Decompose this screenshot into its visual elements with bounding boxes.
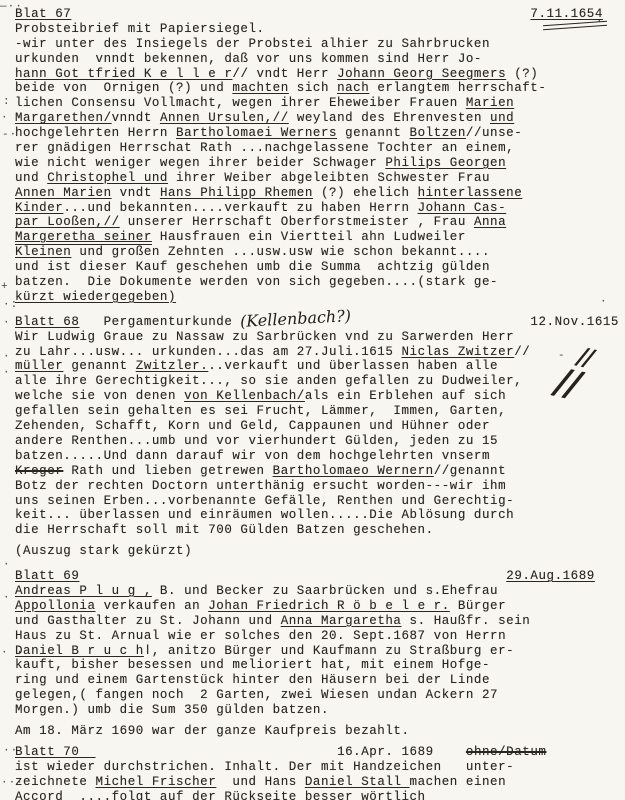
text-segment: batzen. Die Dokumente werden von sich ge…	[15, 275, 498, 290]
text-line: gefallen sein gehalten es sei Frucht, Lä…	[15, 404, 619, 419]
text-segment: 16.Apr. 1689	[337, 745, 434, 760]
text-line: die Herrschaft soll mit 700 Gülden Batze…	[15, 523, 619, 538]
text-segment: Kinder	[15, 201, 63, 216]
text-segment	[434, 745, 466, 760]
text-line: andere Renthen...umb und vor vierhundert…	[15, 434, 619, 449]
text-segment: machen einen	[410, 775, 507, 790]
text-segment: lichen Consensu Vollmacht, wegen ihrer E…	[15, 96, 466, 111]
text-segment: Philips Georgen	[385, 156, 506, 171]
text-segment: zeichnete	[15, 775, 96, 790]
margin-mark: ·	[600, 296, 608, 308]
text-segment: hinterlassene	[418, 186, 523, 201]
text-segment: Bartholomaei Werners	[176, 126, 337, 141]
text-line: Am 18. März 1690 war der ganze Kaufpreis…	[15, 724, 619, 739]
text-line: Andreas P l u g , B. und Becker zu Saarb…	[15, 584, 619, 599]
text-line: zeichnete Michel Frischer und Hans Danie…	[15, 775, 619, 790]
text-segment: uns seinen Erben...vorbenannte Gefälle, …	[15, 494, 514, 509]
text-segment: Boltzen	[410, 126, 466, 141]
text-segment: Hans Philipp Rhemen	[160, 186, 313, 201]
text-segment: Anna	[474, 215, 506, 230]
text-segment: ist wieder durchstrichen. Inhalt. Der mi…	[15, 760, 514, 775]
text-segment: vnndt	[112, 111, 160, 126]
text-line: wie nicht weniger wegen ihrer beider Sch…	[15, 156, 619, 171]
text-segment: genannt	[337, 126, 409, 141]
text-segment: Bürger	[450, 599, 506, 614]
margin-mark: ·	[596, 16, 604, 28]
text-segment: ring und einem Gartenstück hinter den Hä…	[15, 673, 490, 688]
text-segment: ihrer Weiber abgeleibten Schwester Frau	[168, 171, 490, 186]
text-line: -wir unter des Insiegels der Probstei al…	[15, 37, 619, 52]
margin-mark: ·	[3, 367, 11, 379]
text-segment: Blat 67	[15, 7, 71, 22]
text-segment: ohne/Datum	[466, 745, 547, 760]
text-line: hochgelehrten Herrn Bartholomaei Werners…	[15, 126, 619, 141]
text-segment: hann Got tfried K e l l e r	[15, 67, 232, 82]
text-segment: urkunden vnndt bekennen, daß vor uns kom…	[15, 52, 482, 67]
text-segment: vndt	[112, 186, 160, 201]
text-segment: Blatt 69	[15, 569, 79, 584]
text-segment: Anna Margaretha	[281, 614, 402, 629]
text-segment: Zehenden, Schafft, Korn und Geld, Cappau…	[15, 419, 490, 434]
text-segment: B. und Becker zu Saarbrücken und s.Ehefr…	[152, 584, 498, 599]
text-line: ring und einem Gartenstück hinter den Hä…	[15, 673, 619, 688]
text-segment: wie nicht weniger wegen ihrer beider Sch…	[15, 156, 385, 171]
text-segment: erlangtem herrschaft-	[369, 81, 546, 96]
margin-mark: ··	[3, 745, 18, 757]
text-segment: Bartholomaeo Wernern	[273, 464, 434, 479]
text-line: Margeretha seiner Hausfrauen ein Viertte…	[15, 230, 619, 245]
text-segment: //genannt	[434, 464, 506, 479]
spacer	[79, 569, 506, 584]
text-segment	[595, 569, 619, 584]
text-line: Kreger Rath und lieben getrewen Bartholo…	[15, 464, 619, 479]
text-segment: Morgen.) umb die Sum 350 gülden batzen.	[15, 703, 329, 718]
margin-mark: · ·	[1, 647, 24, 659]
text-segment: Andreas P l u g ,	[15, 584, 152, 599]
text-line: urkunden vnndt bekennen, daß vor uns kom…	[15, 52, 619, 67]
text-line: rer gnädigen Herrschat Rath ...nachgelas…	[15, 141, 619, 156]
text-segment: gefallen sein gehalten es sei Frucht, Lä…	[15, 404, 506, 419]
text-line: beide von Ornigen (?) und machten sich n…	[15, 81, 619, 96]
text-segment: Johann Georg Seegmers	[337, 67, 506, 82]
margin-mark: ·	[3, 592, 11, 604]
text-line: Kinder...und bekannten....verkauft zu ha…	[15, 201, 619, 216]
text-line: Blatt 70 16.Apr. 1689 ohne/Datum	[15, 745, 619, 760]
text-segment: und	[490, 111, 514, 126]
text-segment: weyland des Ehrenvesten	[289, 111, 490, 126]
text-segment: zu Lahr...usw... urkunden...das am 27.Ju…	[15, 345, 401, 360]
text-segment	[603, 7, 619, 22]
text-line: Wir Ludwig Graue zu Nassaw zu Sarbrücken…	[15, 330, 619, 345]
text-segment: und	[15, 171, 47, 186]
text-segment: und Gasthalter zu St. Johann und	[15, 614, 281, 629]
text-segment: Margeretha seiner	[15, 230, 152, 245]
text-segment: Kleinen	[15, 245, 71, 260]
margin-mark: :	[3, 96, 11, 108]
text-segment: Daniel Stall	[305, 775, 410, 790]
text-line: zu Lahr...usw... urkunden...das am 27.Ju…	[15, 345, 619, 360]
text-segment: Wir Ludwig Graue zu Nassaw zu Sarbrücken…	[15, 330, 514, 345]
text-segment: Rath und lieben getrewen	[63, 464, 272, 479]
text-line: (Auszug stark gekürzt)	[15, 544, 619, 559]
text-segment: Christophel und	[47, 171, 168, 186]
text-line: Blatt 6929.Aug.1689	[15, 569, 619, 584]
text-segment: -wir unter des Insiegels der Probstei al…	[15, 37, 490, 52]
text-segment: alle ihre Gerechtigkeit..., so sie anden…	[15, 374, 522, 389]
text-segment: welche sie von denen	[15, 389, 184, 404]
margin-mark: —··	[0, 1, 23, 13]
text-line: müller genannt Zwitzler...verkauft und ü…	[15, 359, 619, 374]
text-segment: müller	[15, 359, 63, 374]
text-line: Botz der rechten Doctorn unterthänig ers…	[15, 479, 619, 494]
text-segment: Probsteibrief mit Papiersiegel.	[15, 22, 265, 37]
text-line: und Christophel und ihrer Weiber abgelei…	[15, 171, 619, 186]
spacer	[71, 7, 530, 22]
text-segment: Hausfrauen ein Viertteil ahn Ludweiler	[152, 230, 466, 245]
text-segment: verkaufen an	[96, 599, 209, 614]
text-segment: und Hans	[216, 775, 305, 790]
text-line: Accord ....folgt auf der Rückseite besse…	[15, 790, 619, 800]
text-segment: kauft, bisher besessen und melioriert ha…	[15, 658, 490, 673]
text-segment: par Looßen,//	[15, 215, 120, 230]
text-segment: hochgelehrten Herrn	[15, 126, 176, 141]
text-segment: gelegen,( fangen noch 2 Garten, zwei Wie…	[15, 688, 498, 703]
text-segment: Johann Cas-	[418, 201, 507, 216]
text-line: Morgen.) umb die Sum 350 gülden batzen.	[15, 703, 619, 718]
text-segment: // vndt Herr	[232, 67, 337, 82]
text-segment: machten	[232, 81, 288, 96]
text-line: Blatt 68 Pergamenturkunde (Kellenbach?)1…	[15, 315, 619, 330]
text-segment: Kreger	[15, 464, 63, 479]
text-line: par Looßen,// unserer Herrschaft Oberfor…	[15, 215, 619, 230]
text-segment: Blatt 70	[15, 745, 96, 760]
text-line: Kleinen und großen Zehnten ...usw.usw wi…	[15, 245, 619, 260]
text-segment: von Kellenbach/	[184, 389, 305, 404]
document-body: Blat 677.11.1654 Probsteibrief mit Papie…	[15, 7, 619, 800]
text-line: Annen Marien vndt Hans Philipp Rhemen (?…	[15, 186, 619, 201]
text-segment: //unse-	[466, 126, 522, 141]
text-segment: batzen.....Und dann darauf wir von dem h…	[15, 449, 490, 464]
margin-mark: ·:	[3, 299, 18, 311]
margin-mark: · ·	[1, 112, 24, 124]
text-segment: Daniel B r u c h	[15, 644, 144, 659]
text-segment: Marien	[466, 96, 514, 111]
text-segment	[96, 745, 338, 760]
text-segment: ..verkauft und überlassen haben alle	[208, 359, 498, 374]
text-segment: unserer Herrschaft Oberforstmeister , Fr…	[120, 215, 474, 230]
text-segment: Pergamenturkunde	[79, 315, 240, 330]
text-segment: //	[514, 345, 530, 360]
margin-mark: ·	[3, 351, 11, 363]
spacer	[352, 315, 531, 330]
text-segment: Botz der rechten Doctorn unterthänig ers…	[15, 479, 506, 494]
text-segment: Annen Marien	[15, 186, 112, 201]
text-line: gelegen,( fangen noch 2 Garten, zwei Wie…	[15, 688, 619, 703]
text-segment: Zwitzler.	[136, 359, 208, 374]
text-segment: Am 18. März 1690 war der ganze Kaufpreis…	[15, 724, 410, 739]
text-segment: sich	[289, 81, 337, 96]
margin-mark: ·	[3, 559, 11, 571]
text-segment: kürzt wiedergegeben)	[15, 290, 176, 305]
text-segment: Annen Ursulen,//	[160, 111, 289, 126]
text-segment: Haus zu St. Arnual wie er solches den 20…	[15, 629, 506, 644]
text-line: Daniel B r u c hǀ, anitzo Bürger und Kau…	[15, 644, 619, 659]
text-segment: Johan Friedrich R ö b e l e r.	[208, 599, 450, 614]
text-segment: rer gnädigen Herrschat Rath ...nachgelas…	[15, 141, 514, 156]
text-segment: ǀ, anitzo Bürger und Kaufmann zu Straßbu…	[144, 644, 514, 659]
text-line: kürzt wiedergegeben)	[15, 290, 619, 305]
text-line: uns seinen Erben...vorbenannte Gefälle, …	[15, 494, 619, 509]
text-segment: als ein Erblehen auf sich	[305, 389, 506, 404]
text-segment: Appollonia	[15, 599, 96, 614]
text-line: alle ihre Gerechtigkeit..., so sie anden…	[15, 374, 619, 389]
text-line: keit... überlassen und einräumen wollen.…	[15, 508, 619, 523]
text-segment: und großen Zehnten ...usw.usw wie schon …	[71, 245, 490, 260]
text-line: lichen Consensu Vollmacht, wegen ihrer E…	[15, 96, 619, 111]
text-segment: (?) ehelich	[313, 186, 418, 201]
text-segment: Blatt 68	[15, 315, 79, 330]
text-line: welche sie von denen von Kellenbach/als …	[15, 389, 619, 404]
margin-mark: -·	[2, 129, 17, 141]
margin-mark: ·	[3, 317, 11, 329]
text-line: und Gasthalter zu St. Johann und Anna Ma…	[15, 614, 619, 629]
text-line: ist wieder durchstrichen. Inhalt. Der mi…	[15, 760, 619, 775]
text-line: Margarethen/vnndt Annen Ursulen,// weyla…	[15, 111, 619, 126]
text-line: batzen. Die Dokumente werden von sich ge…	[15, 275, 619, 290]
text-segment: beide von Ornigen (?) und	[15, 81, 232, 96]
text-line: kauft, bisher besessen und melioriert ha…	[15, 658, 619, 673]
text-segment: 12.Nov.1615	[530, 315, 619, 330]
text-line: Zehenden, Schafft, Korn und Geld, Cappau…	[15, 419, 619, 434]
text-line: Haus zu St. Arnual wie er solches den 20…	[15, 629, 619, 644]
text-line: Blat 677.11.1654	[15, 7, 619, 22]
text-segment: Michel Frischer	[96, 775, 217, 790]
text-line: Appollonia verkaufen an Johan Friedrich …	[15, 599, 619, 614]
margin-mark: +	[1, 281, 9, 293]
text-segment: und ist dieser Kauf geschehen umb die Su…	[15, 260, 490, 275]
text-segment: s. Haußfr. sein	[401, 614, 530, 629]
text-line: und ist dieser Kauf geschehen umb die Su…	[15, 260, 619, 275]
text-segment: Niclas Zwitzer	[401, 345, 514, 360]
document-page: Blat 677.11.1654 Probsteibrief mit Papie…	[0, 0, 625, 800]
text-segment: die Herrschaft soll mit 700 Gülden Batze…	[15, 523, 434, 538]
text-segment: ...und bekannten....verkauft zu haben He…	[63, 201, 417, 216]
text-segment: andere Renthen...umb und vor vierhundert…	[15, 434, 498, 449]
handwritten-annotation: (Kellenbach?)	[240, 309, 352, 330]
text-segment: 29.Aug.1689	[506, 569, 595, 584]
text-segment: 7.11.1654	[530, 7, 602, 22]
text-line: Probsteibrief mit Papiersiegel.	[15, 22, 619, 37]
text-segment: (Auszug stark gekürzt)	[15, 544, 192, 559]
text-segment: keit... überlassen und einräumen wollen.…	[15, 508, 514, 523]
text-segment: Margarethen/	[15, 111, 112, 126]
text-segment: Accord ....folgt auf der Rückseite besse…	[15, 790, 426, 800]
margin-mark: ···	[1, 777, 24, 789]
text-line: batzen.....Und dann darauf wir von dem h…	[15, 449, 619, 464]
text-segment: genannt	[63, 359, 135, 374]
text-segment: nach	[337, 81, 369, 96]
text-line: hann Got tfried K e l l e r// vndt Herr …	[15, 67, 619, 82]
text-segment: (?)	[506, 67, 538, 82]
